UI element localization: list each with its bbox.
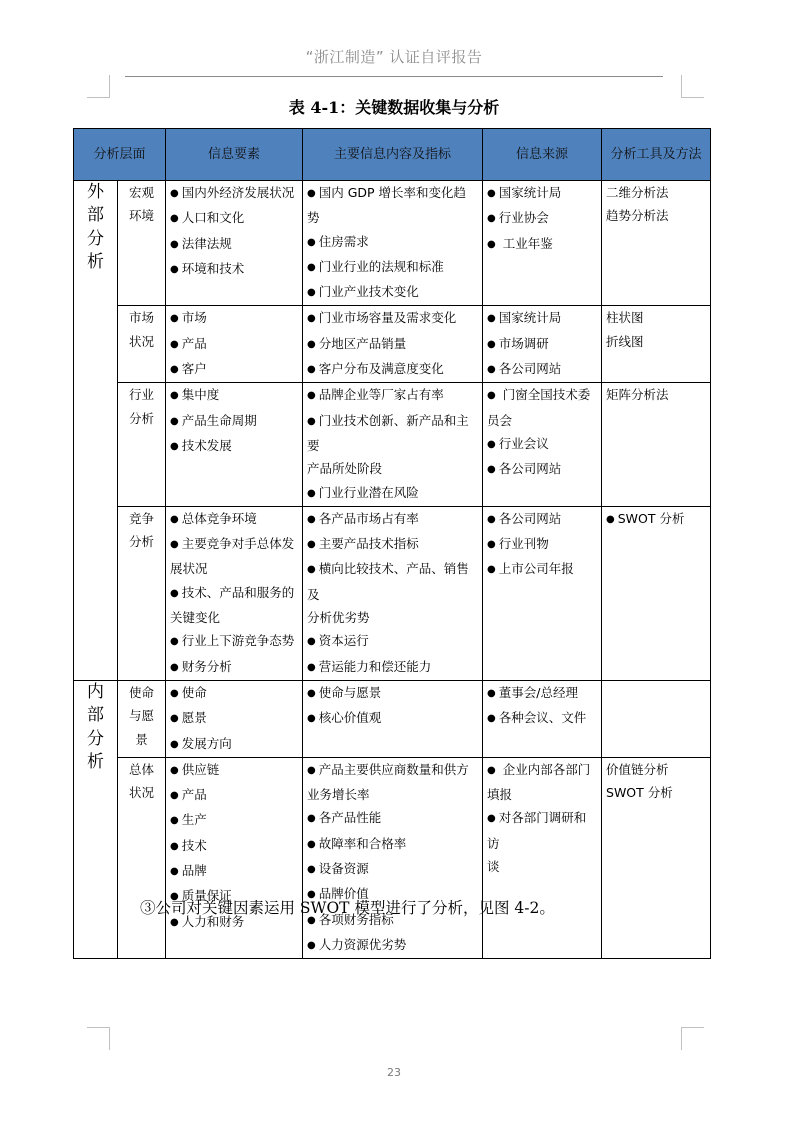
cell-line: 发展方向 [170,732,298,757]
group-label-char: 析 [78,751,113,774]
analysis-tools-cell: 价值链分析SWOT 分析 [602,757,711,958]
cell-line: 营运能力和偿还能力 [307,655,478,680]
main-content-cell: 品牌企业等厂家占有率门业技术创新、新产品和主要产品所处阶段门业行业潜在风险 [303,383,483,506]
sub-category-label: 行业分析 [118,383,166,506]
sub-label-line: 状况 [122,330,161,353]
header-info-source: 信息来源 [483,129,602,181]
header-rule [125,76,663,77]
analysis-tools-cell: 矩阵分析法 [602,383,711,506]
cell-line: 二维分析法 [606,181,706,204]
cell-line: 各公司网站 [487,457,597,482]
header-main-content: 主要信息内容及指标 [303,129,483,181]
main-content-cell: 使命与愿景核心价值观 [303,680,483,757]
cell-line: 产品 [170,332,298,357]
info-source-cell: 董事会/总经理各种会议、文件 [483,680,602,757]
group-label-char: 外 [78,181,113,204]
group-label-char: 析 [78,251,113,274]
sub-category-label: 使命与愿景 [118,680,166,757]
table-row: 市场状况市场产品客户门业市场容量及需求变化分地区产品销量客户分布及满意度变化国家… [74,306,711,383]
cell-line: 技术、产品和服务的 [170,581,298,606]
info-elements-cell: 集中度产品生命周期技术发展 [166,383,303,506]
group-label-char: 部 [78,704,113,727]
info-source-cell: 国家统计局市场调研各公司网站 [483,306,602,383]
cell-line: 上市公司年报 [487,557,597,582]
analysis-tools-cell: 柱状图折线图 [602,306,711,383]
page-number: 23 [0,1066,788,1079]
cell-line: 财务分析 [170,655,298,680]
table-row: 内部分析使命与愿景使命愿景发展方向使命与愿景核心价值观董事会/总经理各种会议、文… [74,680,711,757]
sub-label-line: 总体 [122,758,161,781]
info-source-cell: 国家统计局行业协会 工业年鉴 [483,181,602,306]
cell-line: 业务增长率 [307,783,478,806]
info-elements-cell: 总体竞争环境主要竞争对手总体发展状况技术、产品和服务的关键变化行业上下游竞争态势… [166,506,303,680]
cell-line: 关键变化 [170,606,298,629]
main-content-cell: 门业市场容量及需求变化分地区产品销量客户分布及满意度变化 [303,306,483,383]
table-caption: 表 4-1：关键数据收集与分析 [0,95,788,118]
group-label: 内部分析 [74,680,118,958]
main-content-cell: 各产品市场占有率主要产品技术指标横向比较技术、产品、销售及分析优劣势资本运行营运… [303,506,483,680]
header-analysis-tools: 分析工具及方法 [602,129,711,181]
body-paragraph: ③公司对关键因素运用 SWOT 模型进行了分析，见图 4-2。 [140,896,555,918]
sub-label-line: 分析 [122,530,161,553]
cell-line: 柱状图 [606,306,706,329]
cell-line: 门业行业的法规和标准 [307,255,478,280]
cell-line: 填报 [487,783,597,806]
table-row: 外部分析宏观环境国内外经济发展状况人口和文化法律法规环境和技术国内 GDP 增长… [74,181,711,306]
cell-line: 各公司网站 [487,507,597,532]
cell-line: 行业刊物 [487,532,597,557]
cell-line: 技术 [170,834,298,859]
sub-label-line: 环境 [122,204,161,227]
header-info-elements: 信息要素 [166,129,303,181]
cell-line: 使命 [170,681,298,706]
info-elements-cell: 市场产品客户 [166,306,303,383]
sub-category-label: 市场状况 [118,306,166,383]
cell-line: 展状况 [170,557,298,580]
info-source-cell: 企业内部各部门填报对各部门调研和访谈 [483,757,602,958]
sub-label-line: 状况 [122,781,161,804]
group-label-char: 分 [78,228,113,251]
analysis-tools-cell: 二维分析法趋势分析法 [602,181,711,306]
cell-line: 分析优劣势 [307,606,478,629]
cell-line: 人力资源优劣势 [307,933,478,958]
cell-line: 各公司网站 [487,357,597,382]
main-content-cell: 产品主要供应商数量和供方业务增长率各产品性能故障率和合格率设备资源品牌价值各项财… [303,757,483,958]
cell-line: 客户 [170,357,298,382]
cell-line: 主要竞争对手总体发 [170,532,298,557]
cell-line: 总体竞争环境 [170,507,298,532]
cell-line: 主要产品技术指标 [307,532,478,557]
cell-line: 供应链 [170,758,298,783]
cell-line: 市场调研 [487,332,597,357]
cell-line: 资本运行 [307,629,478,654]
cell-line: 各产品市场占有率 [307,507,478,532]
sub-label-line: 市场 [122,306,161,329]
cell-line: 趋势分析法 [606,204,706,227]
sub-label-line: 分析 [122,407,161,430]
cell-line: 门业行业潜在风险 [307,481,478,506]
cell-line: 折线图 [606,330,706,353]
cell-line: 行业会议 [487,432,597,457]
group-label-char: 部 [78,204,113,227]
cell-line: 法律法规 [170,232,298,257]
cell-line: 价值链分析 [606,758,706,781]
cell-line: 产品生命周期 [170,409,298,434]
info-elements-cell: 供应链产品生产技术品牌质量保证人力和财务 [166,757,303,958]
sub-label-line: 使命 [122,681,161,704]
group-label-char: 分 [78,728,113,751]
analysis-tools-cell [602,680,711,757]
cell-line: 员会 [487,409,597,432]
cell-line: 国内 GDP 增长率和变化趋势 [307,181,478,230]
info-source-cell: 门窗全国技术委员会行业会议各公司网站 [483,383,602,506]
cell-line: 各产品性能 [307,806,478,831]
info-source-cell: 各公司网站行业刊物上市公司年报 [483,506,602,680]
info-elements-cell: 使命愿景发展方向 [166,680,303,757]
sub-category-label: 竞争分析 [118,506,166,680]
cell-line: 横向比较技术、产品、销售及 [307,557,478,606]
cell-line: 品牌企业等厂家占有率 [307,383,478,408]
cell-line: 国家统计局 [487,181,597,206]
cell-line: 工业年鉴 [487,232,597,257]
cell-line: 行业协会 [487,206,597,231]
crop-mark-bottom-left [87,1027,110,1050]
cell-line: SWOT 分析 [606,781,706,804]
cell-line: 产品 [170,783,298,808]
running-header: “浙江制造” 认证自评报告 [0,46,788,67]
cell-line: 技术发展 [170,434,298,459]
sub-category-label: 宏观环境 [118,181,166,306]
table-row: 总体状况供应链产品生产技术品牌质量保证人力和财务产品主要供应商数量和供方业务增长… [74,757,711,958]
sub-label-line: 竞争 [122,507,161,530]
cell-line: 门业技术创新、新产品和主要 [307,409,478,458]
cell-line: 产品所处阶段 [307,457,478,480]
cell-line: 企业内部各部门 [487,758,597,783]
sub-label-line: 与愿 [122,704,161,727]
cell-line: 分地区产品销量 [307,332,478,357]
cell-line: 门窗全国技术委 [487,383,597,408]
cell-line: 设备资源 [307,857,478,882]
main-content-cell: 国内 GDP 增长率和变化趋势住房需求门业行业的法规和标准门业产业技术变化 [303,181,483,306]
cell-line: 品牌 [170,859,298,884]
cell-line: 集中度 [170,383,298,408]
sub-category-label: 总体状况 [118,757,166,958]
table-header-row: 分析层面 信息要素 主要信息内容及指标 信息来源 分析工具及方法 [74,129,711,181]
cell-line: 市场 [170,306,298,331]
cell-line: 使命与愿景 [307,681,478,706]
cell-line: 故障率和合格率 [307,832,478,857]
cell-line: 环境和技术 [170,257,298,282]
cell-line: 愿景 [170,706,298,731]
cell-line: 客户分布及满意度变化 [307,357,478,382]
cell-line: 住房需求 [307,230,478,255]
cell-line: 各种会议、文件 [487,706,597,731]
sub-label-line: 景 [122,728,161,751]
cell-line: 对各部门调研和访 [487,806,597,855]
crop-mark-bottom-right [681,1027,704,1050]
cell-line: 核心价值观 [307,706,478,731]
sub-label-line: 行业 [122,383,161,406]
group-label-char: 内 [78,681,113,704]
cell-line: 人口和文化 [170,206,298,231]
cell-line: 谈 [487,855,597,878]
cell-line: 国内外经济发展状况 [170,181,298,206]
cell-line: 董事会/总经理 [487,681,597,706]
cell-line: 产品主要供应商数量和供方 [307,758,478,783]
cell-line: 矩阵分析法 [606,383,706,406]
info-elements-cell: 国内外经济发展状况人口和文化法律法规环境和技术 [166,181,303,306]
cell-line: 国家统计局 [487,306,597,331]
cell-line: 门业产业技术变化 [307,280,478,305]
cell-line: 行业上下游竞争态势 [170,629,298,654]
table-row: 竞争分析总体竞争环境主要竞争对手总体发展状况技术、产品和服务的关键变化行业上下游… [74,506,711,680]
analysis-tools-cell: SWOT 分析 [602,506,711,680]
cell-line: 生产 [170,808,298,833]
group-label: 外部分析 [74,181,118,681]
cell-line: 门业市场容量及需求变化 [307,306,478,331]
table-row: 行业分析集中度产品生命周期技术发展品牌企业等厂家占有率门业技术创新、新产品和主要… [74,383,711,506]
cell-line: SWOT 分析 [606,507,706,532]
sub-label-line: 宏观 [122,181,161,204]
header-analysis-level: 分析层面 [74,129,166,181]
key-data-table: 分析层面 信息要素 主要信息内容及指标 信息来源 分析工具及方法 外部分析宏观环… [73,128,711,959]
